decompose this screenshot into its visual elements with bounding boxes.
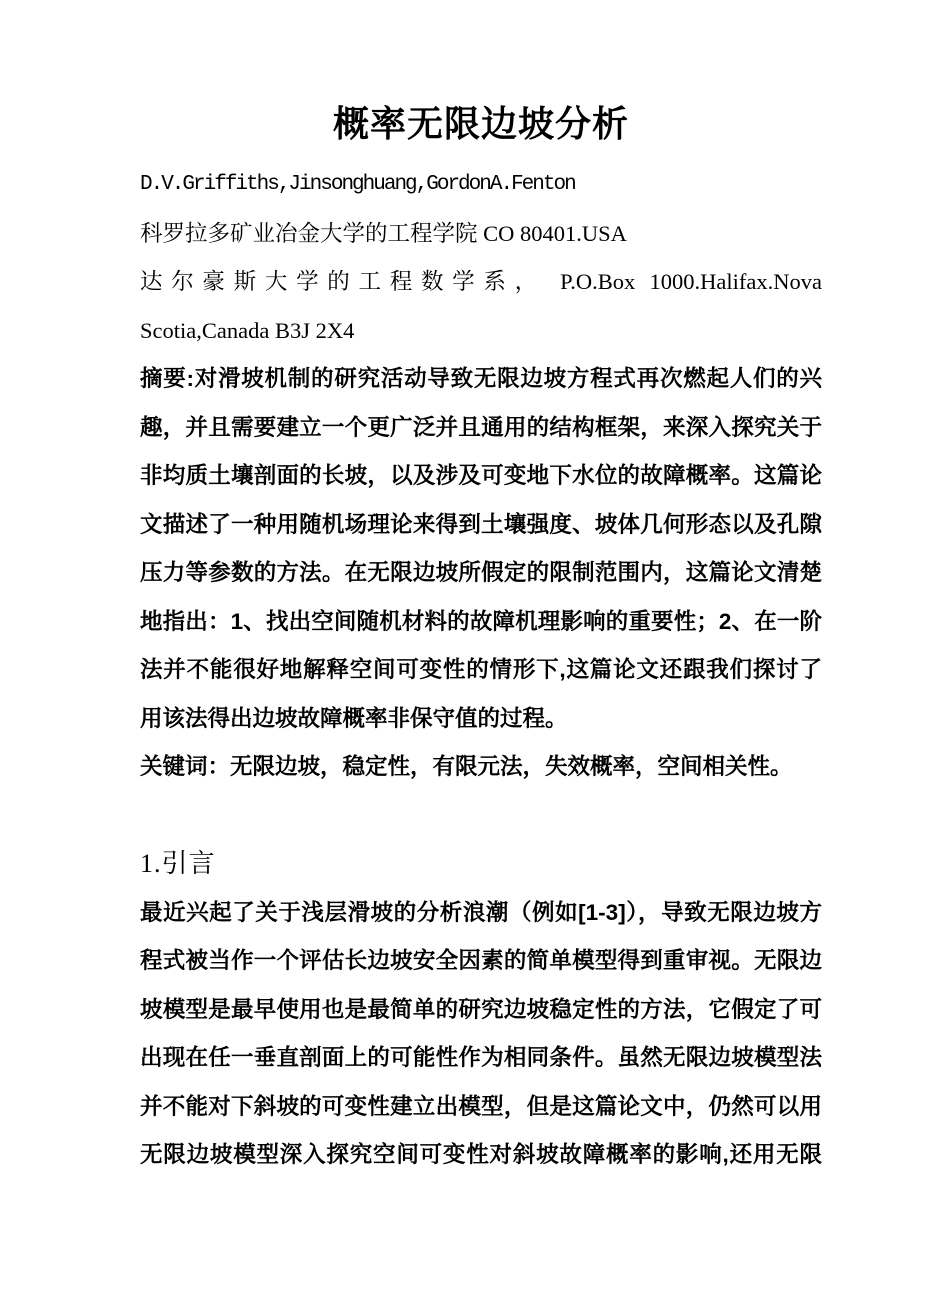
section-heading-introduction: 1.引言 (140, 840, 822, 889)
authors-line: D.V.Griffiths,Jinsonghuang,GordonA.Fento… (140, 161, 822, 210)
introduction-body-line: 无限边坡模型深入探究空间可变性对斜坡故障概率的影响,还用无限 (140, 1131, 822, 1180)
introduction-body-line: 程式被当作一个评估长边坡安全因素的简单模型得到重审视。无限边 (140, 937, 822, 986)
introduction-body-line: 坡模型是最早使用也是最简单的研究边坡稳定性的方法，它假定了可 (140, 986, 822, 1035)
abstract-line: 非均质土壤剖面的长坡，以及涉及可变地下水位的故障概率。这篇论 (140, 452, 822, 501)
document-page: 概率无限边坡分析 D.V.Griffiths,Jinsonghuang,Gord… (0, 0, 926, 1309)
document-content: 概率无限边坡分析 D.V.Griffiths,Jinsonghuang,Gord… (0, 104, 926, 1180)
abstract-line: 摘要:对滑坡机制的研究活动导致无限边坡方程式再次燃起人们的兴 (140, 355, 822, 404)
abstract-line: 地指出：1、找出空间随机材料的故障机理影响的重要性；2、在一阶 (140, 598, 822, 647)
abstract-line: 法并不能很好地解释空间可变性的情形下,这篇论文还跟我们探讨了 (140, 646, 822, 695)
affiliation-line-mines: 科罗拉多矿业冶金大学的工程学院 CO 80401.USA (140, 210, 822, 259)
introduction-body-line: 并不能对下斜坡的可变性建立出模型，但是这篇论文中，仍然可以用 (140, 1083, 822, 1132)
blank-line (140, 792, 822, 841)
abstract-line: 趣，并且需要建立一个更广泛并且通用的结构框架，来深入探究关于 (140, 404, 822, 453)
affiliation-line-dalhousie-2: Scotia,Canada B3J 2X4 (140, 307, 822, 356)
abstract-line: 文描述了一种用随机场理论来得到土壤强度、坡体几何形态以及孔隙 (140, 501, 822, 550)
affiliation-line-dalhousie-1: 达尔豪斯大学的工程数学系， P.O.Box 1000.Halifax.Nova (140, 258, 822, 307)
abstract-line-last: 用该法得出边坡故障概率非保守值的过程。 (140, 695, 822, 744)
introduction-body-line: 出现在任一垂直剖面上的可能性作为相同条件。虽然无限边坡模型法 (140, 1034, 822, 1083)
introduction-body-line: 最近兴起了关于浅层滑坡的分析浪潮（例如[1-3]），导致无限边坡方 (140, 889, 822, 938)
abstract-line: 压力等参数的方法。在无限边坡所假定的限制范围内，这篇论文清楚 (140, 549, 822, 598)
document-title: 概率无限边坡分析 (140, 104, 822, 144)
keywords-line: 关键词：无限边坡，稳定性，有限元法，失效概率，空间相关性。 (140, 743, 822, 792)
